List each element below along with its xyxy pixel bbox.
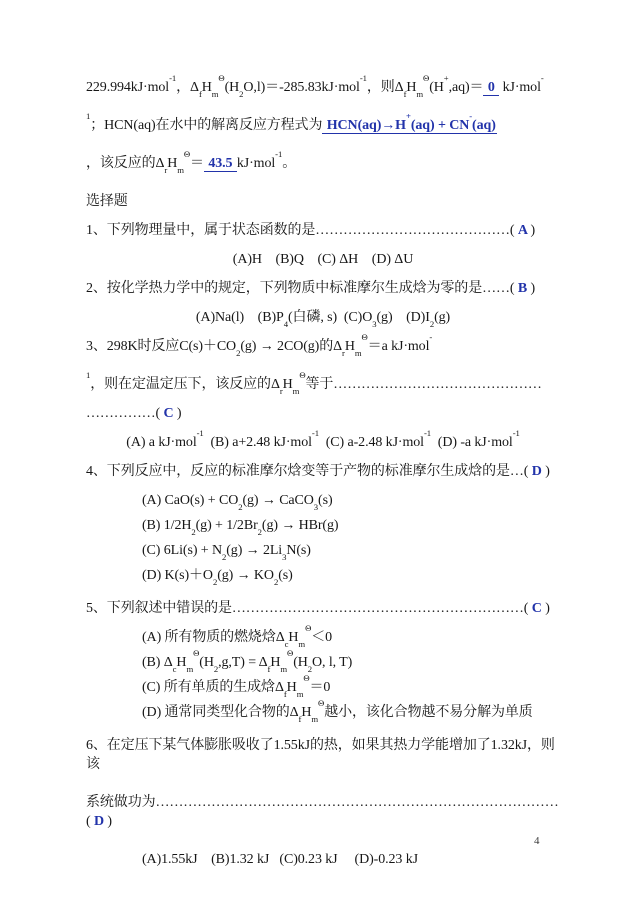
text-segment: 1，则在定温定压下，该反应的ΔrHmΘ等于……………………………………… [86,377,542,392]
answer-blank: HCN(aq)→H+(aq) + CN-(aq) [322,118,496,134]
text-segment: (B) ΔcHmΘ(H2,g,T) = ΔfHmΘ(H2O, l, T) [142,655,352,670]
answer-blank: 0 [483,80,499,96]
answer-letter: C [528,601,545,616]
section-heading: 选择题 [86,192,560,211]
text-segment: (D) K(s)＋O2(g) → KO2(s) [142,568,293,583]
q5-option-c: (C) 所有单质的生成焓ΔfHmΘ＝0 [142,678,560,697]
q3-line-1: 3、298K时反应C(s)＋CO2(g) → 2CO(g)的ΔrHmΘ＝a kJ… [86,337,560,356]
answer-letter: B [514,281,530,296]
q5-option-d: (D) 通常同类型化合物的ΔfHmΘ越小，该化合物越不易分解为单质 [142,703,560,722]
text-segment: (A)1.55kJ (B)1.32 kJ (C)0.23 kJ (D)-0.23… [142,852,418,867]
q4-option-d: (D) K(s)＋O2(g) → KO2(s) [142,566,560,585]
answer-letter: D [91,814,108,829]
text-segment: ……………( [86,406,160,421]
text-segment: 选择题 [86,194,128,209]
text-segment: (D) 通常同类型化合物的ΔfHmΘ越小，该化合物越不易分解为单质 [142,705,533,720]
text-segment: 5、下列叙述中错误的是………………………………………………………( [86,601,528,616]
text-segment: 229.994kJ·mol-1，ΔfHmΘ(H2O,l)＝-285.83kJ·m… [86,80,483,95]
text-segment: kJ·mol- [499,80,544,95]
text-segment: ，该反应的ΔrHmΘ＝ [86,156,204,171]
q2-title: 2、按化学热力学中的规定，下列物质中标准摩尔生成焓为零的是……( B ) [86,279,560,298]
intro-line-3: ，该反应的ΔrHmΘ＝ 43.5 kJ·mol-1。 [86,154,560,173]
q6-line-1: 6、在定压下某气体膨胀吸收了1.55kJ的热，如果其热力学能增加了1.32kJ，… [86,736,560,774]
answer-blank: 43.5 [204,156,237,172]
text-segment: 3、298K时反应C(s)＋CO2(g) → 2CO(g)的ΔrHmΘ＝a kJ… [86,339,432,354]
text-segment: (C) 6Li(s) + N2(g) → 2Li3N(s) [142,543,311,558]
q5-option-b: (B) ΔcHmΘ(H2,g,T) = ΔfHmΘ(H2O, l, T) [142,653,560,672]
q6-line-2: 系统做功为……………………………………………………………………………( D ) [86,793,560,831]
q6-options: (A)1.55kJ (B)1.32 kJ (C)0.23 kJ (D)-0.23… [142,850,560,869]
text-segment: 系统做功为……………………………………………………………………………( [86,795,559,829]
text-segment: (B) 1/2H2(g) + 1/2Br2(g) → HBr(g) [142,518,338,533]
text-segment: ) [177,406,182,421]
text-segment: ) [531,281,536,296]
text-segment: ) [545,601,550,616]
q5-title: 5、下列叙述中错误的是………………………………………………………( C ) [86,599,560,618]
text-segment: 1、下列物理量中，属于状态函数的是……………………………………( [86,223,514,238]
q4-option-b: (B) 1/2H2(g) + 1/2Br2(g) → HBr(g) [142,516,560,535]
text-segment: kJ·mol-1。 [237,156,296,171]
text-segment: (A)Na(l) (B)P4(白磷, s) (C)O3(g) (D)I2(g) [196,310,450,325]
q3-line-2: 1，则在定温定压下，该反应的ΔrHmΘ等于……………………………………… [86,375,560,394]
intro-line-2: 1；HCN(aq)在水中的解离反应方程式为 HCN(aq)→H+(aq) + C… [86,116,560,135]
text-segment: (A)H (B)Q (C) ΔH (D) ΔU [233,252,413,267]
text-segment: ) [545,464,550,479]
text-segment: 6、在定压下某气体膨胀吸收了1.55kJ的热，如果其热力学能增加了1.32kJ，… [86,738,555,772]
document-content: 229.994kJ·mol-1，ΔfHmΘ(H2O,l)＝-285.83kJ·m… [86,78,560,875]
q1-title: 1、下列物理量中，属于状态函数的是……………………………………( A ) [86,221,560,240]
document-page: 229.994kJ·mol-1，ΔfHmΘ(H2O,l)＝-285.83kJ·m… [0,0,640,905]
q3-options: (A) a kJ·mol-1 (B) a+2.48 kJ·mol-1 (C) a… [60,433,586,452]
intro-line-1: 229.994kJ·mol-1，ΔfHmΘ(H2O,l)＝-285.83kJ·m… [86,78,560,97]
q2-options: (A)Na(l) (B)P4(白磷, s) (C)O3(g) (D)I2(g) [60,308,586,327]
q4-option-a: (A) CaO(s) + CO2(g) → CaCO3(s) [142,491,560,510]
answer-letter: C [160,406,177,421]
text-segment: 4、下列反应中，反应的标准摩尔焓变等于产物的标准摩尔生成焓的是…( [86,464,528,479]
q1-options: (A)H (B)Q (C) ΔH (D) ΔU [60,250,586,269]
text-segment: 2、按化学热力学中的规定，下列物质中标准摩尔生成焓为零的是……( [86,281,514,296]
q5-option-a: (A) 所有物质的燃烧焓ΔcHmΘ＜0 [142,628,560,647]
text-segment: ) [531,223,536,238]
text-segment: 1；HCN(aq)在水中的解离反应方程式为 [86,118,322,133]
q4-option-c: (C) 6Li(s) + N2(g) → 2Li3N(s) [142,541,560,560]
text-segment: (A) 所有物质的燃烧焓ΔcHmΘ＜0 [142,630,332,645]
text-segment: (C) 所有单质的生成焓ΔfHmΘ＝0 [142,680,330,695]
text-segment: (A) CaO(s) + CO2(g) → CaCO3(s) [142,493,333,508]
text-segment: (A) a kJ·mol-1 (B) a+2.48 kJ·mol-1 (C) a… [126,435,519,450]
page-number: 4 [534,835,540,847]
answer-letter: A [514,223,530,238]
text-segment: ) [107,814,112,829]
q3-answer-line: ……………( C ) [86,404,560,423]
q4-title: 4、下列反应中，反应的标准摩尔焓变等于产物的标准摩尔生成焓的是…( D ) [86,462,560,481]
answer-letter: D [528,464,545,479]
